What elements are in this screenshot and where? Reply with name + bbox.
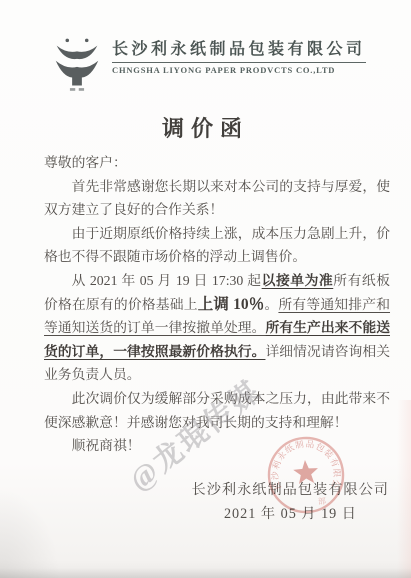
para3-intro: 从 2021 年 05 月 19 日 17:30 起	[72, 273, 262, 288]
letterhead-text: 长沙利永纸制品包装有限公司 CHNGSHA LIYONG PAPER PRODV…	[112, 34, 366, 75]
paragraph-2: 由于近期原纸价格持续上涨，成本压力急剧上升，价格也不得不跟随市场价格的浮动上调售…	[44, 222, 390, 269]
company-name-en: CHNGSHA LIYONG PAPER PRODVCTS CO.,LTD	[112, 65, 366, 75]
scan-artifact-bottom-edge	[0, 568, 411, 578]
salutation: 尊敬的客户：	[44, 151, 390, 175]
letter-page: 长沙利永纸制品包装有限公司 CHNGSHA LIYONG PAPER PRODV…	[0, 0, 411, 578]
paragraph-4: 此次调价仅为缓解部分采购成本之压力，由此带来不便深感歉意！并感谢您对我司长期的支…	[44, 387, 390, 434]
paragraph-3: 从 2021 年 05 月 19 日 17:30 起以接单为准所有纸板价格在原有…	[44, 269, 390, 387]
para3-period: 。	[264, 297, 278, 312]
signature-company: 长沙利永纸制品包装有限公司	[44, 479, 395, 499]
closing-wish: 顺祝商祺！	[44, 434, 390, 458]
signature-block: 长沙利永纸制品包装有限公司 2021 年 05 月 19 日	[44, 479, 395, 523]
company-name-cn: 长沙利永纸制品包装有限公司	[112, 36, 366, 63]
bird-logo-icon	[54, 36, 100, 96]
signature-date: 2021 年 05 月 19 日	[44, 503, 395, 523]
para3-order-based: 以接单为准	[262, 273, 334, 288]
letter-title: 调价函	[44, 112, 367, 143]
para3-increase-10pct: 上调 10％	[198, 296, 265, 313]
scan-artifact-right-edge	[397, 400, 411, 578]
letter-body: 尊敬的客户： 首先非常感谢您长期以来对本公司的支持与厚爱，使双方建立了良好的合作…	[44, 151, 390, 458]
paragraph-1: 首先非常感谢您长期以来对本公司的支持与厚爱，使双方建立了良好的合作关系！	[44, 175, 390, 222]
letterhead: 长沙利永纸制品包装有限公司 CHNGSHA LIYONG PAPER PRODV…	[54, 34, 395, 98]
